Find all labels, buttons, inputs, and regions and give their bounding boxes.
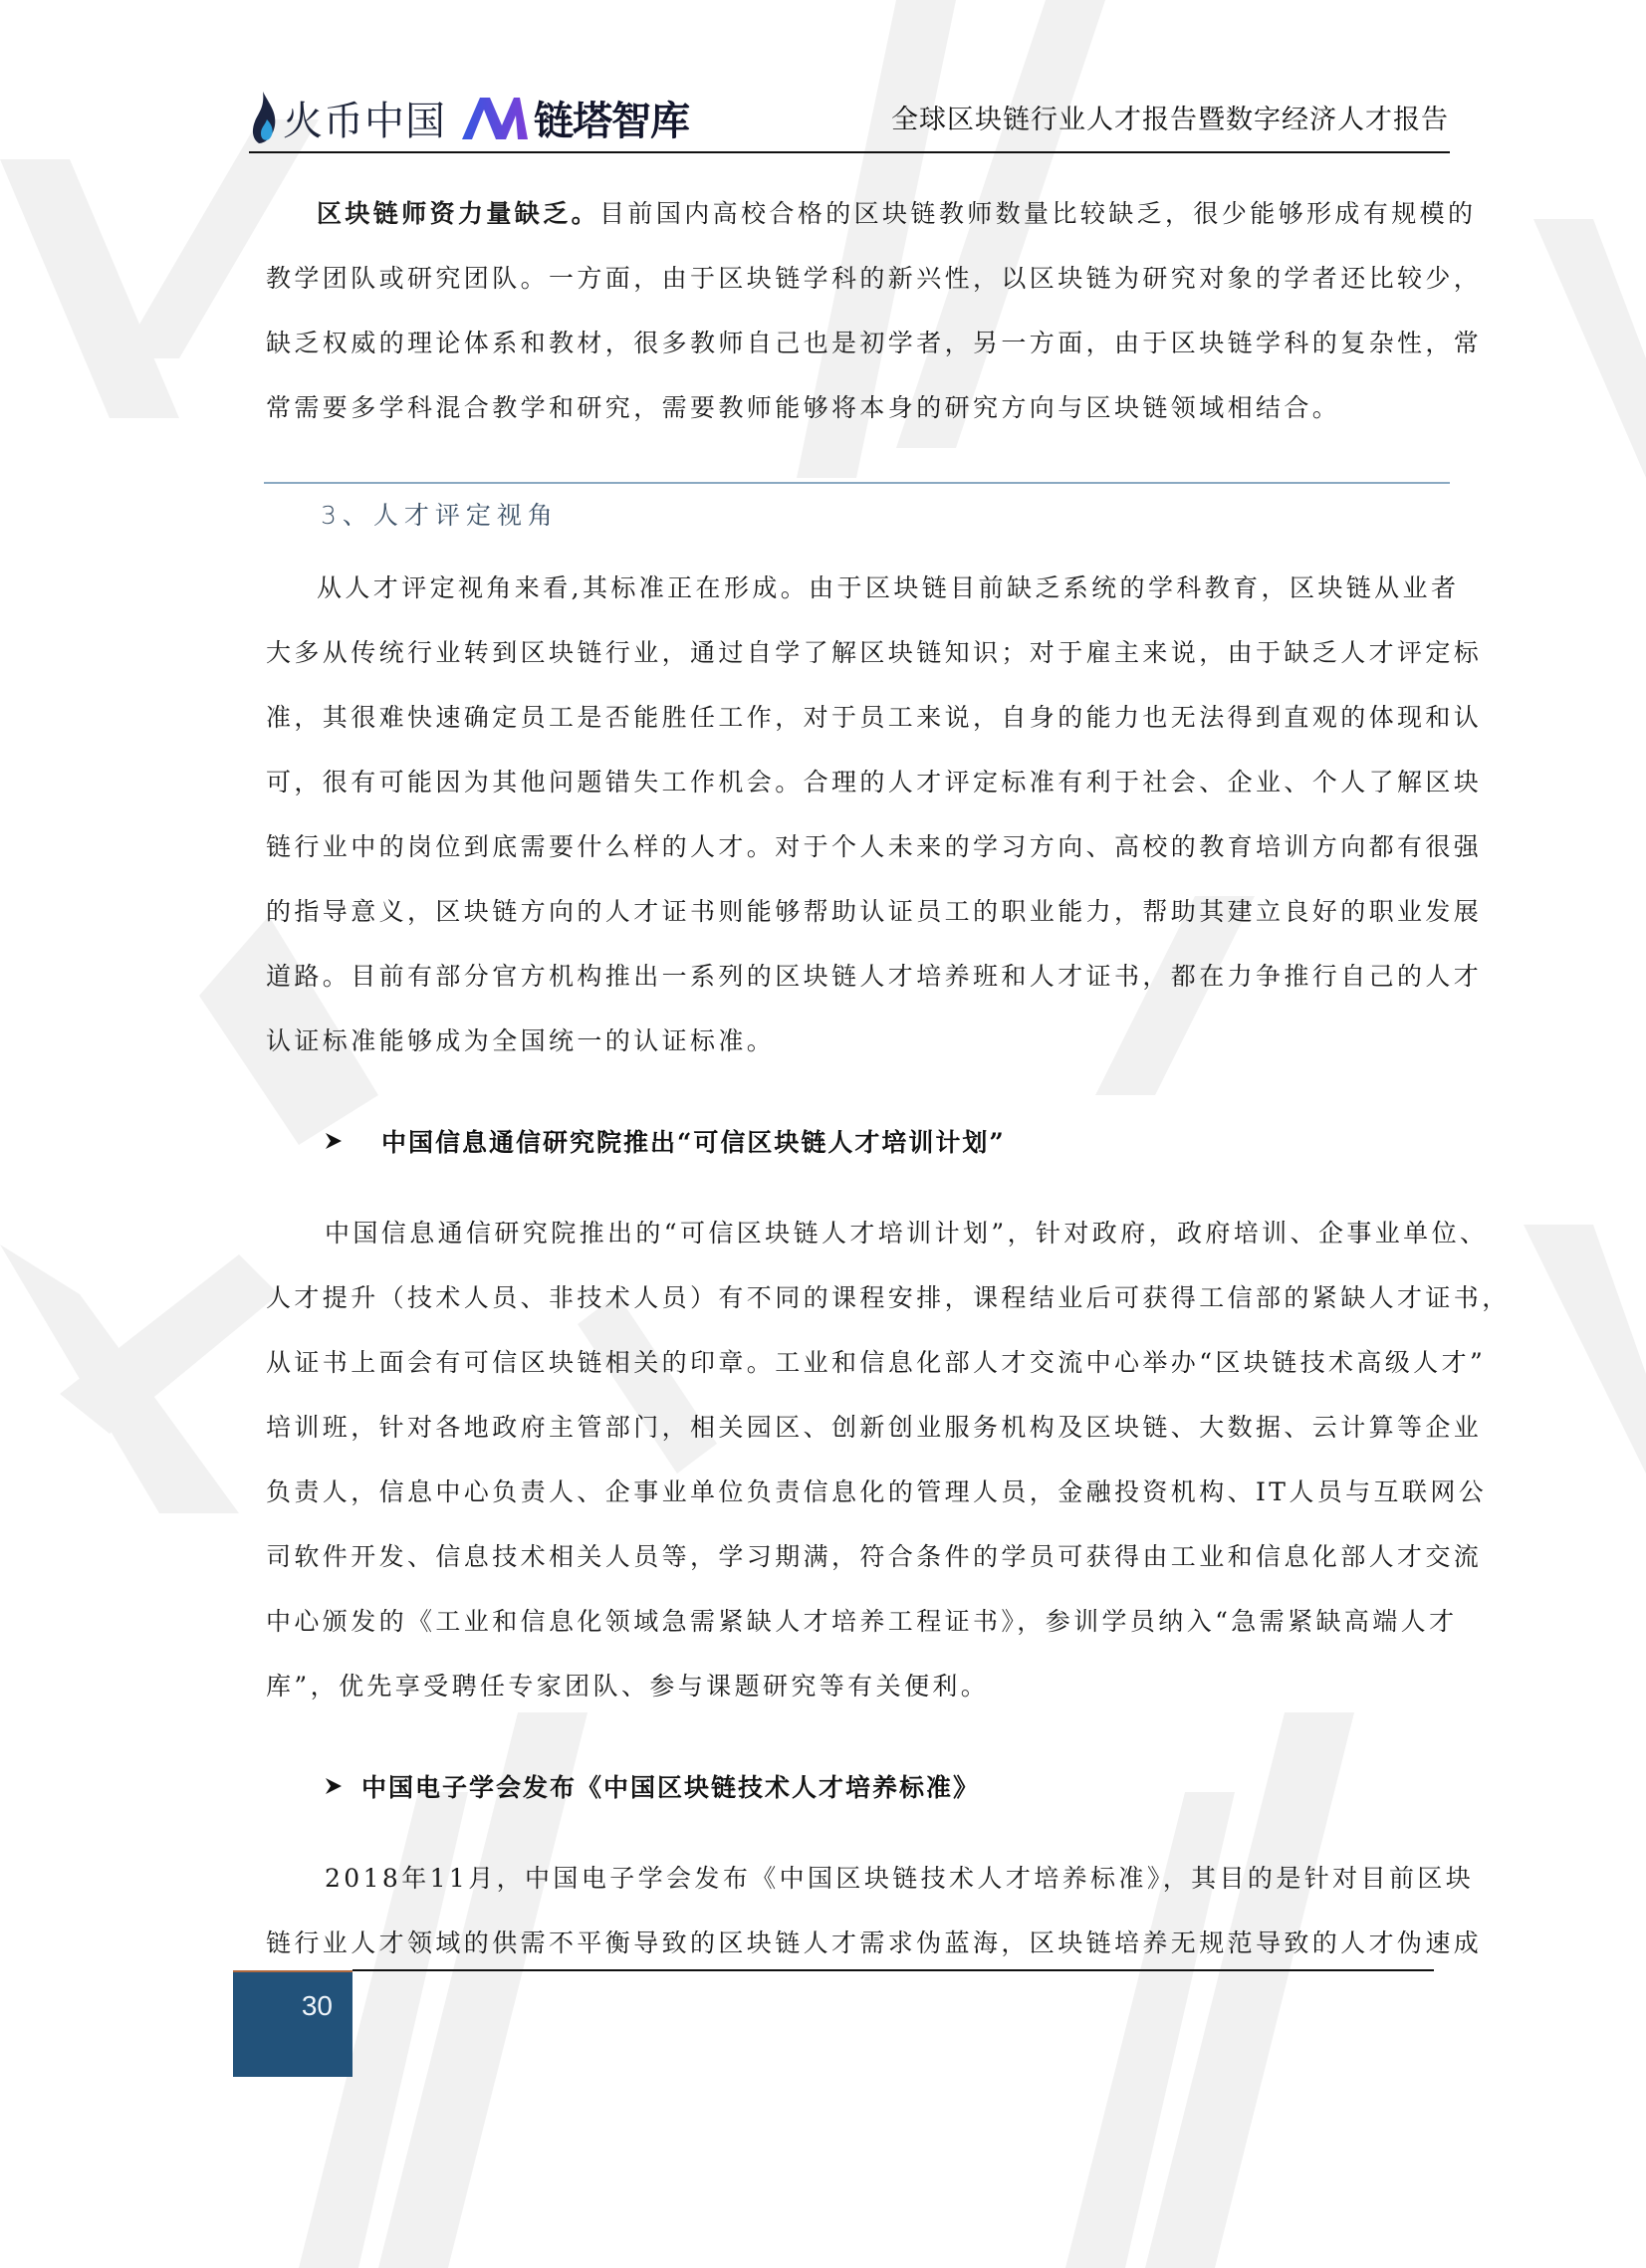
section-paragraph-line: 准，其很难快速确定员工是否能胜任工作，对于员工来说，自身的能力也无法得到直观的体…	[266, 701, 1482, 735]
bullet-2-line: 链行业人才领域的供需不平衡导致的区块链人才需求伪蓝海，区块链培养无规范导致的人才…	[266, 1927, 1482, 1960]
arrow-bullet-icon	[326, 1777, 342, 1795]
intro-lead: 区块链师资力量缺乏。	[317, 199, 599, 228]
bullet-1-line: 司软件开发、信息技术相关人员等，学习期满，符合条件的学员可获得由工业和信息化部人…	[266, 1540, 1482, 1574]
bullet-1-line: 培训班，针对各地政府主管部门，相关园区、创新创业服务机构及区块链、大数据、云计算…	[266, 1411, 1482, 1445]
bullet-1-line: 中心颁发的《工业和信息化领域急需紧缺人才培养工程证书》，参训学员纳入“急需紧缺高…	[266, 1605, 1457, 1639]
arrow-bullet-icon	[326, 1132, 342, 1150]
intro-line-4: 常需要多学科混合教学和研究，需要教师能够将本身的研究方向与区块链领域相结合。	[266, 391, 1340, 425]
liantai-logo: 链塔智库	[462, 90, 689, 146]
section-paragraph-line: 大多从传统行业转到区块链行业，通过自学了解区块链知识；对于雇主来说，由于缺乏人才…	[266, 636, 1482, 670]
huobi-china-logo: 火币中国	[249, 90, 446, 146]
bullet-1-line: 从证书上面会有可信区块链相关的印章。工业和信息化部人才交流中心举办“区块链技术高…	[266, 1346, 1486, 1380]
huobi-flame-icon	[249, 90, 279, 145]
bullet-heading-text: 中国信息通信研究院推出“可信区块链人才培训计划”	[381, 1123, 1006, 1159]
huobi-china-wordmark: 火币中国	[283, 90, 446, 146]
liantai-wordmark: 链塔智库	[534, 90, 689, 146]
section-heading: 3、人才评定视角	[321, 496, 559, 532]
section-paragraph-line: 链行业中的岗位到底需要什么样的人才。对于个人未来的学习方向、高校的教育培训方向都…	[266, 830, 1482, 864]
liantai-mountain-icon	[462, 94, 528, 141]
header-divider	[249, 151, 1450, 153]
bullet-2-line: 2018年11月，中国电子学会发布《中国区块链技术人才培养标准》，其目的是针对目…	[325, 1862, 1474, 1896]
section-paragraph-line: 从人才评定视角来看,其标准正在形成。由于区块链目前缺乏系统的学科教育，区块链从业…	[317, 571, 1459, 605]
page-number: 30	[302, 1990, 333, 2022]
bullet-1-line: 负责人，信息中心负责人、企事业单位负责信息化的管理人员，金融投资机构、IT人员与…	[266, 1475, 1487, 1509]
section-divider	[264, 482, 1450, 484]
intro-text: 目前国内高校合格的区块链教师数量比较缺乏，很少能够形成有规模的	[599, 199, 1476, 228]
bullet-1-line: 库”，优先享受聘任专家团队、参与课题研究等有关便利。	[266, 1670, 989, 1703]
section-paragraph-line: 可，很有可能因为其他问题错失工作机会。合理的人才评定标准有利于社会、企业、个人了…	[266, 766, 1482, 799]
page-number-box: 30	[233, 1970, 353, 2077]
footer-divider	[353, 1969, 1434, 1971]
intro-line-2: 教学团队或研究团队。一方面，由于区块链学科的新兴性，以区块链为研究对象的学者还比…	[266, 262, 1482, 296]
bullet-heading-text: 中国电子学会发布《中国区块链技术人才培养标准》	[361, 1768, 980, 1804]
document-page: 火币中国 链塔智库 全球区块链行业人才报告暨数字经济人才报告 区块链师资力量缺乏…	[0, 0, 1646, 2268]
intro-line-3: 缺乏权威的理论体系和教材，很多教师自己也是初学者，另一方面，由于区块链学科的复杂…	[266, 327, 1482, 360]
bullet-heading-cie: 中国电子学会发布《中国区块链技术人才培养标准》	[326, 1768, 980, 1804]
header-logos: 火币中国 链塔智库	[249, 88, 689, 147]
section-paragraph-line: 认证标准能够成为全国统一的认证标准。	[266, 1024, 775, 1058]
bullet-1-line: 中国信息通信研究院推出的“可信区块链人才培训计划”，针对政府，政府培训、企事业单…	[325, 1217, 1488, 1250]
section-paragraph-line: 道路。目前有部分官方机构推出一系列的区块链人才培养班和人才证书，都在力争推行自己…	[266, 960, 1482, 994]
intro-line-1: 区块链师资力量缺乏。目前国内高校合格的区块链教师数量比较缺乏，很少能够形成有规模…	[317, 197, 1476, 231]
bullet-1-line: 人才提升（技术人员、非技术人员）有不同的课程安排，课程结业后可获得工信部的紧缺人…	[266, 1281, 1511, 1315]
bullet-heading-caict: 中国信息通信研究院推出“可信区块链人才培训计划”	[326, 1123, 1006, 1159]
section-paragraph-line: 的指导意义，区块链方向的人才证书则能够帮助认证员工的职业能力，帮助其建立良好的职…	[266, 895, 1482, 929]
report-title: 全球区块链行业人才报告暨数字经济人才报告	[891, 98, 1449, 136]
